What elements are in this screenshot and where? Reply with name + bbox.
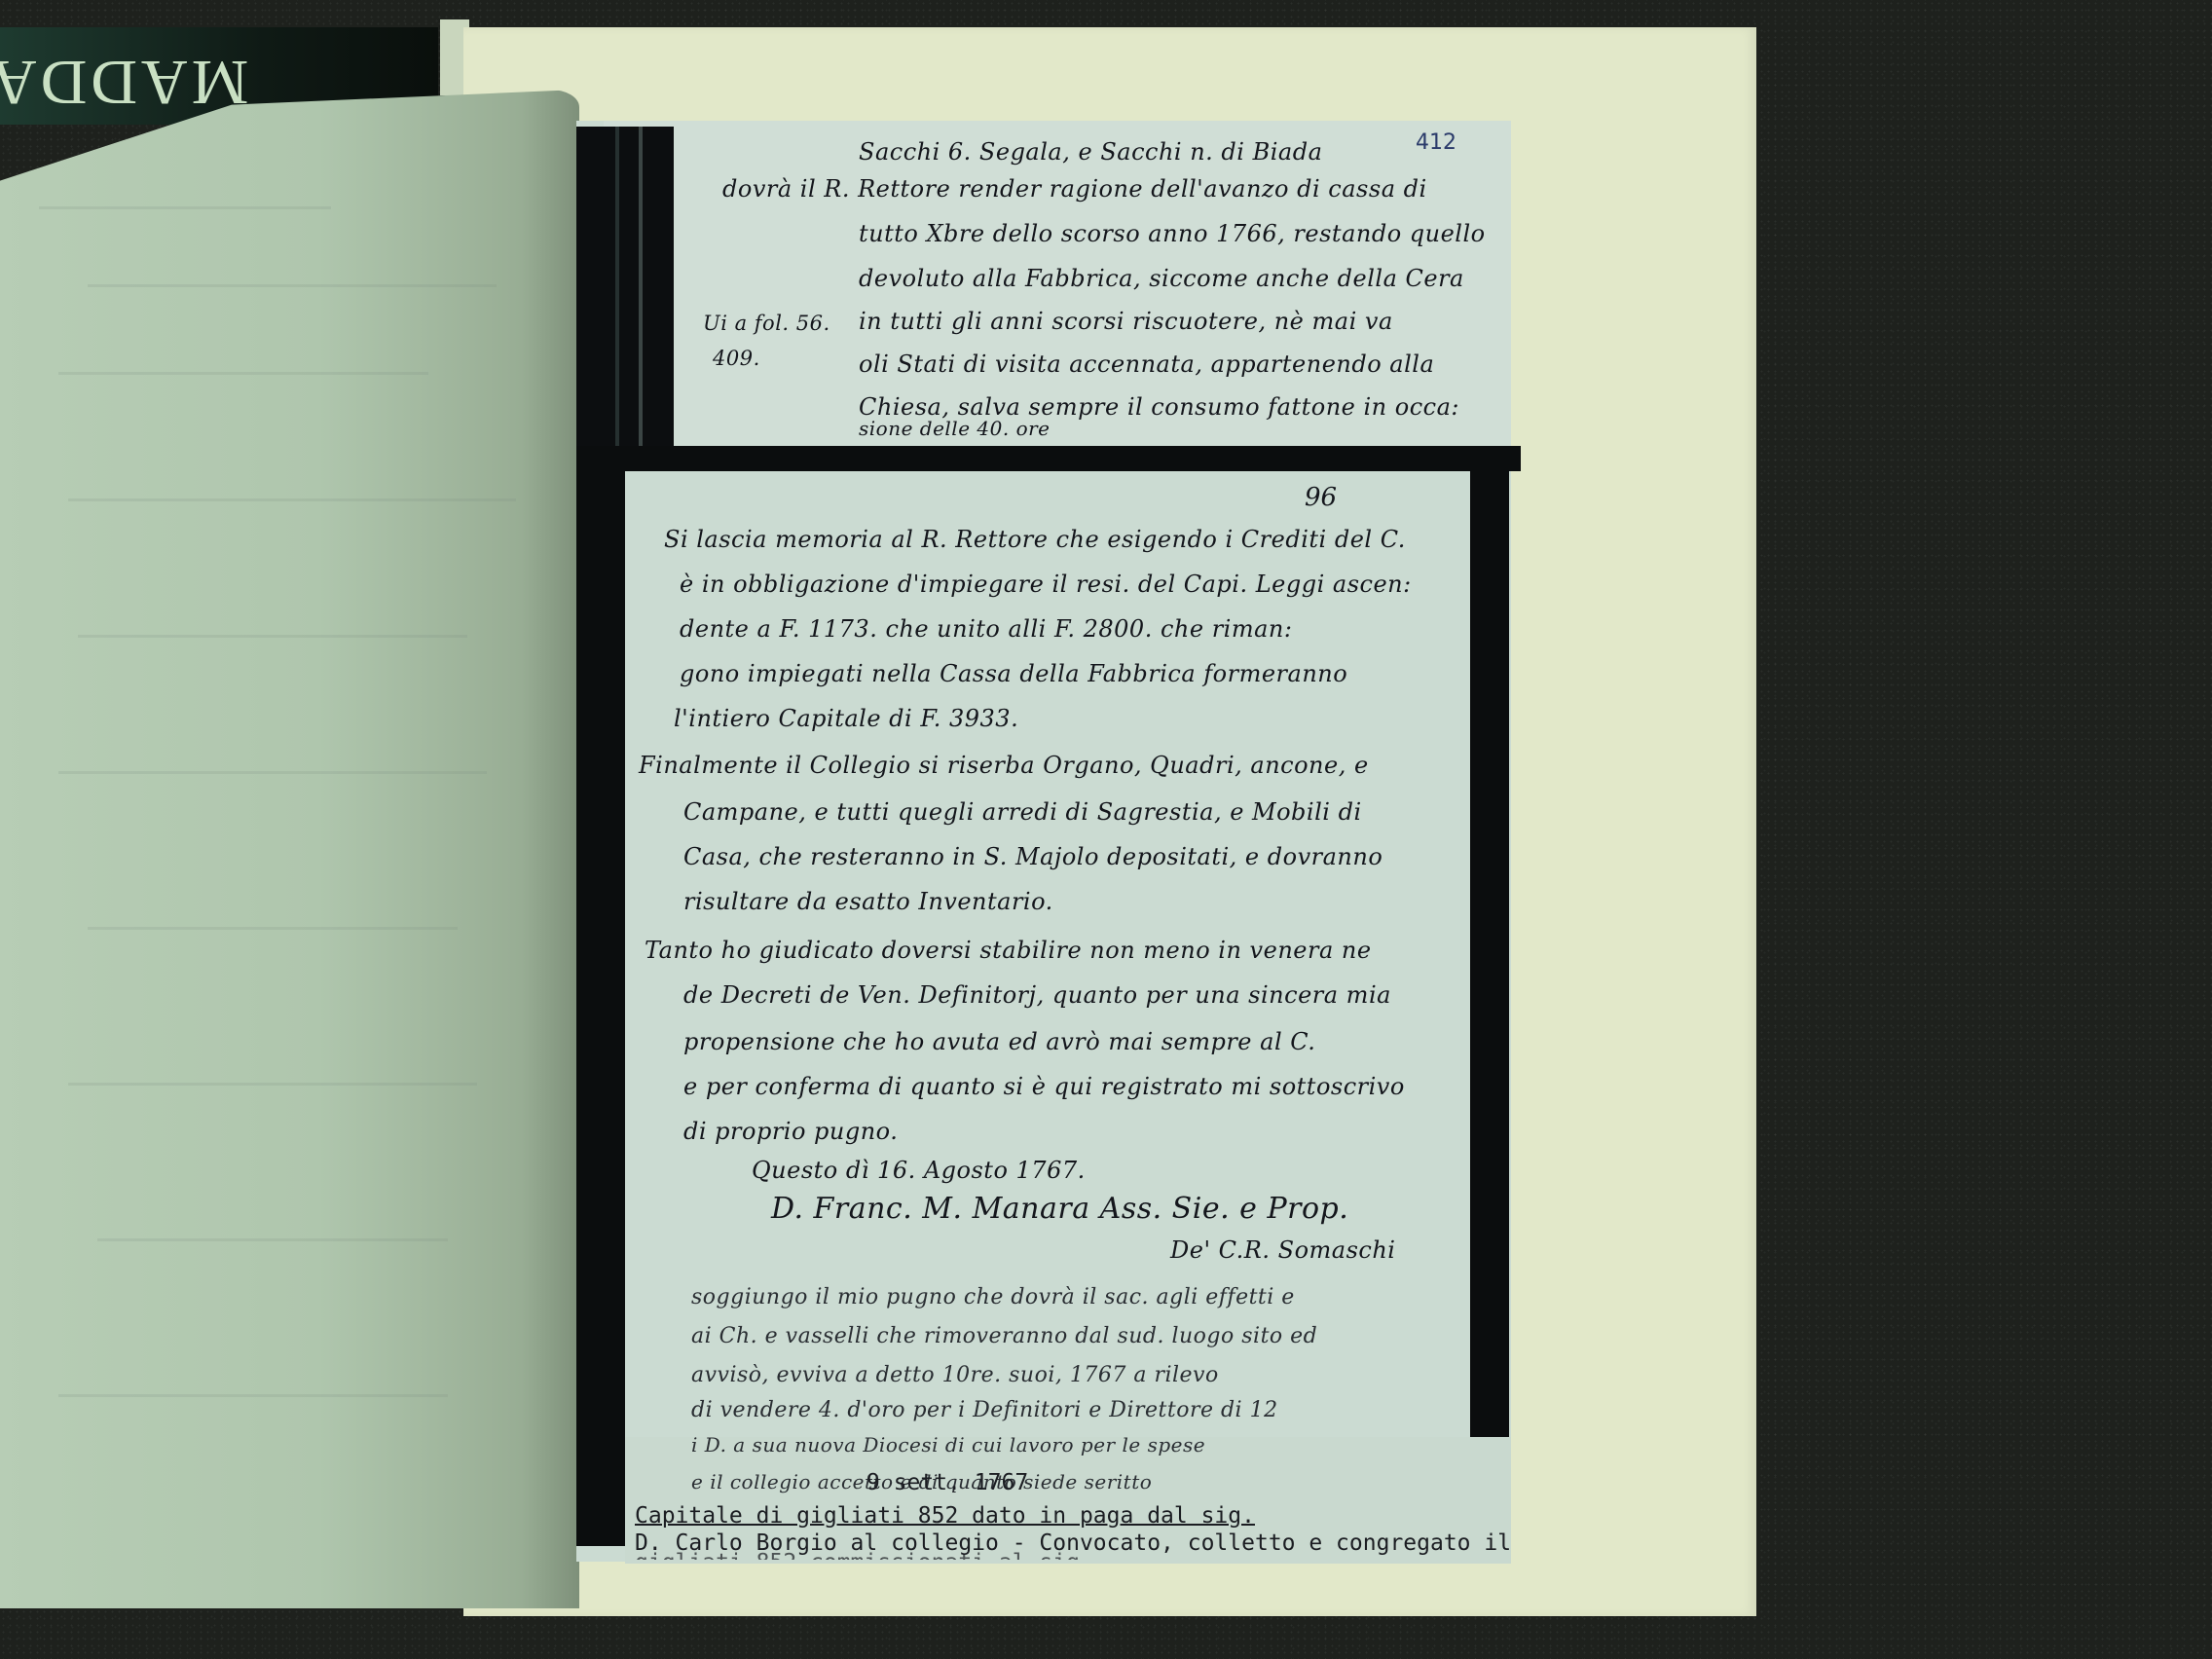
- date-line: Questo dì 16. Agosto 1767.: [752, 1157, 1086, 1184]
- manuscript-line: è in obbligazione d'impiegare il resi. d…: [680, 571, 1412, 598]
- faint-manuscript-line: ai Ch. e vasselli che rimoveranno dal su…: [691, 1324, 1317, 1348]
- bleed-through-line: [39, 206, 331, 209]
- faint-manuscript-line: di vendere 4. d'oro per i Definitori e D…: [691, 1398, 1278, 1422]
- margin-note: Ui a fol. 56.: [703, 312, 830, 335]
- manuscript-line: Sacchi 6. Segala, e Sacchi n. di Biada: [859, 138, 1322, 166]
- bleed-through-line: [88, 284, 497, 287]
- manuscript-line: tutto Xbre dello scorso anno 1766, resta…: [859, 220, 1486, 247]
- manuscript-line: dente a F. 1173. che unito alli F. 2800.…: [680, 615, 1292, 643]
- page-number-modern: 412: [1416, 130, 1456, 155]
- manuscript-line: oli Stati di visita accennata, appartene…: [859, 350, 1434, 378]
- typed-title: Capitale di gigliati 852 dato in paga da…: [635, 1503, 1255, 1529]
- scan-shadow-left-column: [576, 446, 625, 1546]
- faint-manuscript-line: i D. a sua nuova Diocesi di cui lavoro p…: [691, 1433, 1205, 1456]
- manuscript-line: gono impiegati nella Cassa della Fabbric…: [680, 660, 1347, 687]
- page-number-old: 96: [1305, 483, 1337, 512]
- manuscript-line: dovrà il R. Rettore render ragione dell'…: [722, 175, 1427, 203]
- margin-note: 409.: [713, 347, 760, 370]
- manuscript-line: de Decreti de Ven. Definitorj, quanto pe…: [683, 981, 1391, 1009]
- signature: D. Franc. M. Manara Ass. Sie. e Prop.: [771, 1192, 1348, 1226]
- bleed-through-line: [68, 498, 516, 501]
- faint-manuscript-line: avvisò, evviva a detto 10re. suoi, 1767 …: [691, 1363, 1219, 1387]
- bleed-through-line: [68, 1083, 477, 1086]
- bleed-through-line: [97, 1238, 448, 1241]
- manuscript-line: l'intiero Capitale di F. 3933.: [674, 705, 1018, 732]
- manuscript-line: Finalmente il Collegio si riserba Organo…: [639, 752, 1369, 779]
- bleed-through-line: [88, 927, 458, 930]
- manuscript-line: in tutti gli anni scorsi riscuotere, nè …: [859, 308, 1393, 335]
- manuscript-line: e per conferma di quanto si è qui regist…: [683, 1073, 1405, 1100]
- scan-shadow-band: [576, 446, 1521, 471]
- manuscript-line: di proprio pugno.: [683, 1118, 898, 1145]
- bleed-through-line: [58, 1394, 448, 1397]
- bleed-through-line: [78, 635, 467, 638]
- manuscript-line: devoluto alla Fabbrica, siccome anche de…: [859, 265, 1464, 292]
- scan-shadow-right-column: [1470, 461, 1509, 1562]
- typed-date: 9 sett. 1767: [866, 1470, 1028, 1495]
- manuscript-line: Si lascia memoria al R. Rettore che esig…: [664, 526, 1406, 553]
- left-page: [0, 90, 579, 1608]
- manuscript-line: propensione che ho avuta ed avrò mai sem…: [683, 1028, 1315, 1055]
- faint-manuscript-line: soggiungo il mio pugno che dovrà il sac.…: [691, 1285, 1295, 1309]
- manuscript-photocopy: 412 Sacchi 6. Segala, e Sacchi n. di Bia…: [576, 121, 1511, 1562]
- bleed-through-line: [58, 372, 428, 375]
- manuscript-line: sione delle 40. ore: [859, 417, 1051, 440]
- manuscript-line: risultare da esatto Inventario.: [683, 888, 1053, 915]
- typed-cut-line: gigliati 852 commissionati al sig. ...: [635, 1550, 1147, 1560]
- manuscript-line: Campane, e tutti quegli arredi di Sagres…: [683, 798, 1362, 826]
- signature-order: De' C.R. Somaschi: [1170, 1236, 1395, 1264]
- manuscript-line: Tanto ho giudicato doversi stabilire non…: [645, 937, 1372, 964]
- scan-shadow-left: [576, 127, 674, 467]
- bleed-through-line: [58, 771, 487, 774]
- manuscript-line: Casa, che resteranno in S. Majolo deposi…: [683, 843, 1382, 870]
